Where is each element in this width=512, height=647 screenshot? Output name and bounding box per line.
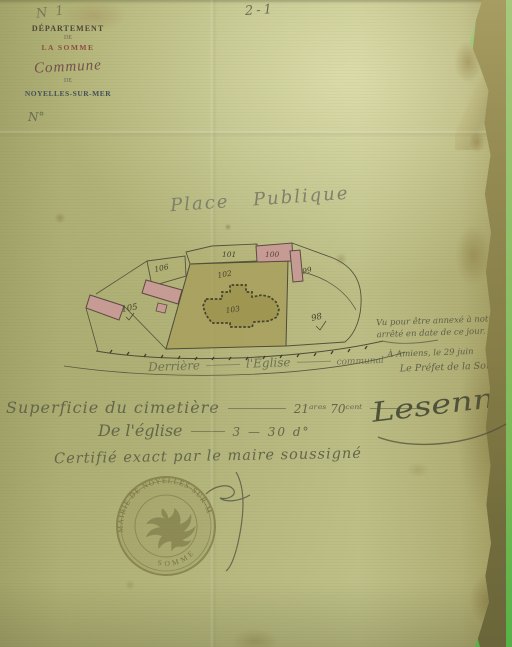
letterhead-commune-name: NOYELLES-SUR-MER [16, 89, 120, 98]
red-number-annotation: N 1 [35, 3, 66, 22]
cemetery-area-value: 21ᵃʳᵉˢ 70ᶜᵉⁿᵗ [294, 402, 362, 416]
cemetery-area-label: Superficie du cimetière [6, 398, 220, 417]
letterhead-commune-script: Commune [16, 56, 121, 78]
road-label-dash2 [296, 361, 330, 363]
fill-dash [191, 431, 225, 432]
road-label-dash [206, 364, 240, 366]
measurements-block: Superficie du cimetière 21ᵃʳᵉˢ 70ᶜᵉⁿᵗ De… [6, 398, 420, 464]
cemetery-area-row: Superficie du cimetière 21ᵃʳᵉˢ 70ᶜᵉⁿᵗ [6, 398, 420, 417]
letterhead-la-somme: LA SOMME [16, 43, 120, 52]
road-word-1: Derrière [148, 358, 200, 374]
letterhead: DÉPARTEMENT DE LA SOMME Commune DE NOYEL… [16, 24, 120, 98]
church-area-row: De l'église 3 — 30 d° [98, 421, 420, 440]
church-area-value: 3 — 30 d° [233, 425, 311, 439]
page-number-annotation: 2-1 [245, 2, 276, 19]
fill-dash [370, 408, 420, 409]
letterhead-departement: DÉPARTEMENT [16, 24, 120, 33]
place-publique-label: Place Publique [169, 183, 350, 216]
numero-label: N° [28, 110, 45, 124]
scan-background: { "document": { "red_number": "N 1", "pa… [0, 0, 512, 647]
certification-line: Certifié exact par le maire soussigné [54, 445, 420, 467]
letterhead-de2: DE [16, 78, 120, 84]
road-word-2: l'Église [246, 355, 291, 371]
letterhead-de: DE [16, 35, 120, 41]
church-area-label: De l'église [98, 421, 183, 440]
paper-sheet: N 1 2-1 DÉPARTEMENT DE LA SOMME Commune … [0, 0, 512, 647]
road-name-label: Derrière l'Église communal [148, 352, 384, 374]
fill-dash [228, 408, 286, 409]
